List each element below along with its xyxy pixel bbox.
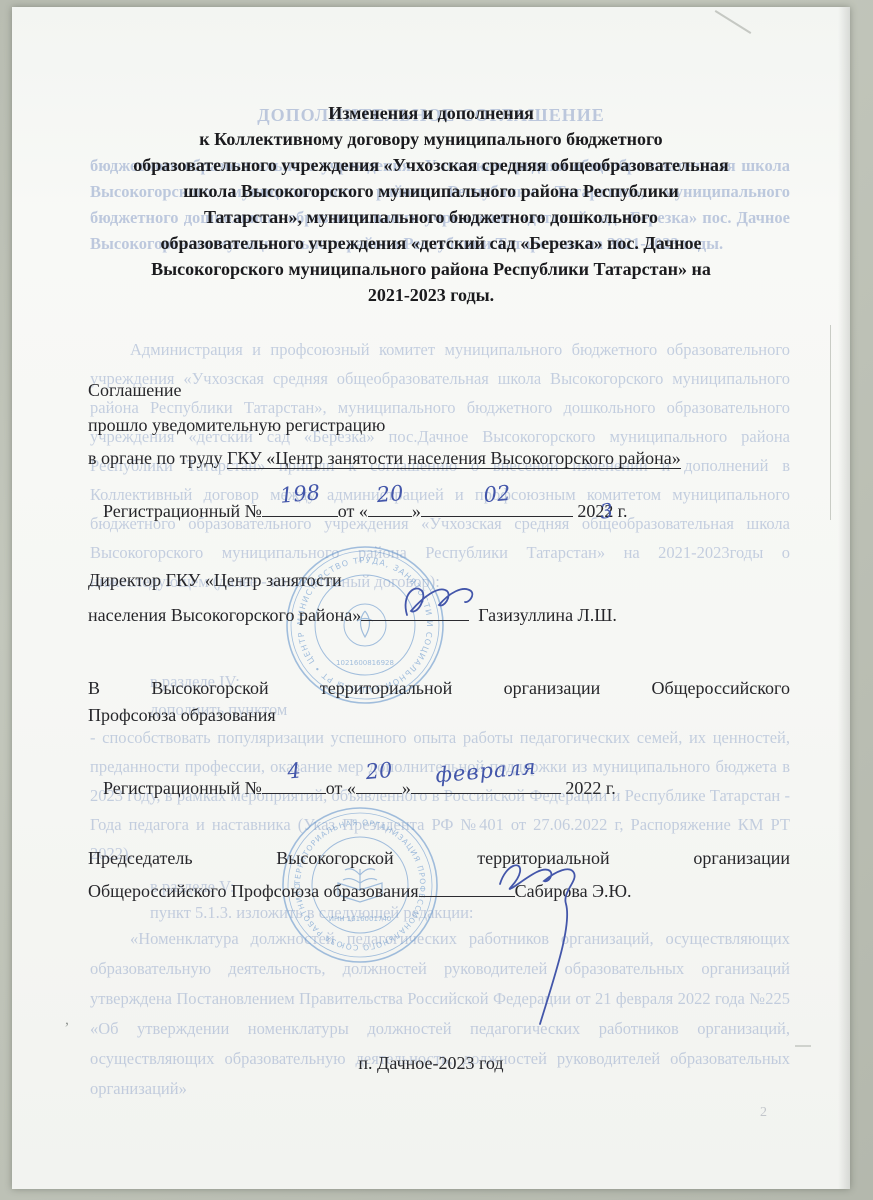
registration-label: Регистрационный № [103, 501, 262, 521]
registration-day-blank: 20 [356, 778, 402, 794]
title-line: образовательного учреждения «Учхозская с… [52, 155, 810, 176]
registration-note-line: в органе по труду ГКУ «Центр занятости н… [88, 448, 681, 469]
signature-director [395, 575, 490, 627]
seal-ring-text: ТЕРРИТОРИАЛЬНАЯ ОРГАНИЗАЦИЯ ПРОФЕССИОНАЛ… [278, 803, 427, 952]
registration-month-blank: 02 [421, 501, 573, 517]
seal-inn-number: ИНН 1616001740 [329, 915, 392, 923]
registration-month-blank: февраля [411, 778, 561, 794]
labor-registration-line: Регистрационный №198от «20»02 20223 г. [103, 498, 628, 522]
title-line: Изменения и дополнения [52, 103, 810, 124]
handwritten-reg-number: 198 [279, 480, 321, 507]
scan-artifact [715, 10, 752, 34]
title-line: к Коллективному договору муниципального … [52, 129, 810, 150]
document-page: ДОПОЛНИТЕЛЬНОЕ СОГЛАШЕНИЕ бюджетного обр… [12, 7, 850, 1189]
svg-text:ТЕРРИТОРИАЛЬНАЯ ОРГАНИЗАЦИЯ ПР: ТЕРРИТОРИАЛЬНАЯ ОРГАНИЗАЦИЯ ПРОФЕССИОНАЛ… [278, 803, 427, 952]
registration-note-line: прошло уведомительную регистрацию [88, 415, 385, 436]
handwritten-day: 20 [376, 481, 405, 507]
title-line: Высокогорского муниципального района Рес… [52, 259, 810, 280]
registration-note-prefix: в органе по труду [88, 448, 227, 468]
title-line: Татарстан», муниципального бюджетного до… [52, 207, 810, 228]
registration-note-line: Соглашение [88, 380, 182, 401]
registration-number-blank: 4 [262, 778, 326, 794]
title-line: школа Высокогорского муниципального райо… [52, 181, 810, 202]
registration-number-blank: 198 [262, 501, 338, 517]
union-note-line: Профсоюза образования [88, 705, 276, 726]
scan-artifact [795, 1045, 811, 1047]
union-note-line: В Высокогорской территориальной организа… [88, 678, 790, 699]
director-line-text: населения Высокогорского района» [88, 605, 361, 625]
director-line: населения Высокогорского района» Газизул… [88, 605, 617, 626]
handwritten-reg-number: 4 [286, 758, 301, 783]
union-registration-line: Регистрационный №4от «20»февраля 2022 г. [103, 778, 616, 799]
page-edge-shadow [838, 7, 850, 1189]
scan-artifact: , [65, 1011, 69, 1029]
handwritten-day: 20 [365, 758, 394, 784]
footer-place-year: п. Дачное-2023 год [12, 1053, 850, 1074]
page-edge-line [830, 325, 831, 520]
quote-close: » [402, 778, 411, 798]
quote-close: » [412, 501, 421, 521]
registration-label: Регистрационный № [103, 778, 262, 798]
from-label: от « [326, 778, 356, 798]
scanned-document: { "document": { "heading_lines": [ "Изме… [0, 0, 873, 1200]
page-number: 2 [760, 1105, 767, 1121]
chairman-line: Председатель Высокогорской территориальн… [88, 848, 790, 869]
registration-day-blank: 20 [368, 501, 412, 517]
registration-authority: ГКУ «Центр занятости населения Высокогор… [227, 448, 681, 469]
from-label: от « [338, 501, 368, 521]
title-line: 2021-2023 годы. [52, 285, 810, 306]
year-suffix: г. [613, 501, 627, 521]
director-name: Газизуллина Л.Ш. [478, 605, 617, 625]
year-printed: 2022 г. [565, 778, 615, 798]
seal-ogrn-number: 1021600816928 [336, 659, 394, 667]
signature-chairman [490, 852, 605, 1032]
handwritten-month: 02 [483, 481, 512, 507]
director-line: Директор ГКУ «Центр занятости [88, 570, 342, 591]
chairman-line-text: Общероссийского Профсоюза образования [88, 881, 419, 901]
title-line: образовательного учреждения «детский сад… [52, 233, 810, 254]
